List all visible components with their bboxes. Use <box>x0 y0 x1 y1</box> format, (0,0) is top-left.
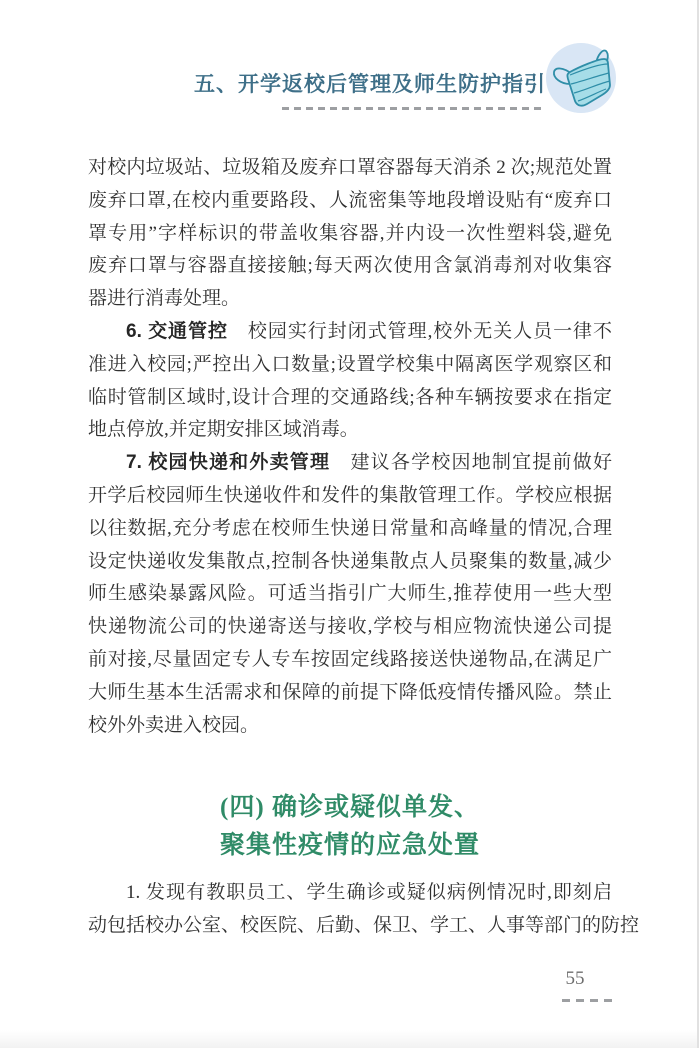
page-number: 55 <box>540 968 610 990</box>
text-line: 大师生基本生活需求和保障的前提下降低疫情传播风险。禁止 <box>88 677 612 710</box>
text-line: 地点停放,并定期安排区域消毒。 <box>88 414 612 447</box>
section-heading: (四) 确诊或疑似单发、 聚集性疫情的应急处置 <box>88 789 612 865</box>
text-line: 对校内垃圾站、垃圾箱及废弃口罩容器每天消杀 2 次;规范处置 <box>88 152 612 185</box>
text-line: 以往数据,充分考虑在校师生快递日常量和高峰量的情况,合理 <box>88 513 612 546</box>
section-heading-line2: 聚集性疫情的应急处置 <box>88 827 612 865</box>
header-dashed-divider <box>282 107 546 110</box>
run-in-heading: 7. 校园快递和外卖管理 <box>126 452 330 473</box>
text-line: 1. 发现有教职员工、学生确诊或疑似病例情况时,即刻启 <box>88 877 612 910</box>
text-line: 临时管制区域时,设计合理的交通路线;各种车辆按要求在指定 <box>88 382 612 415</box>
face-mask-icon <box>545 42 617 114</box>
text-line: 动包括校办公室、校医院、后勤、保卫、学工、人事等部门的防控 <box>88 910 612 943</box>
text-line: 器进行消毒处理。 <box>88 283 612 316</box>
text-line: 准进入校园;严控出入口数量;设置学校集中隔离医学观察区和 <box>88 349 612 382</box>
text-line: 6. 交通管控 校园实行封闭式管理,校外无关人员一律不 <box>88 316 612 349</box>
text-line: 开学后校园师生快递收件和发件的集散管理工作。学校应根据 <box>88 480 612 513</box>
running-header: 五、开学返校后管理及师生防护指引 <box>194 68 546 110</box>
run-in-heading: 6. 交通管控 <box>126 321 228 342</box>
text-line: 快递物流公司的快递寄送与接收,学校与相应物流快递公司提 <box>88 611 612 644</box>
text-line: 前对接,尽量固定专人专车按固定线路接送快递物品,在满足广 <box>88 644 612 677</box>
scan-edge-line <box>697 0 699 1048</box>
text-line: 废弃口罩与容器直接接触;每天两次使用含氯消毒剂对收集容 <box>88 250 612 283</box>
document-page: 五、开学返校后管理及师生防护指引 对校内垃圾站、垃圾箱及废弃口罩容器每天消杀 2… <box>0 0 700 1048</box>
running-header-title: 五、开学返校后管理及师生防护指引 <box>194 68 546 98</box>
text-line: 罩专用”字样标识的带盖收集容器,并内设一次性塑料袋,避免 <box>88 218 612 251</box>
body-text: 对校内垃圾站、垃圾箱及废弃口罩容器每天消杀 2 次;规范处置废弃口罩,在校内重要… <box>88 152 612 742</box>
text-line: 废弃口罩,在校内重要路段、人流密集等地段增设贴有“废弃口 <box>88 185 612 218</box>
page-number-dashed-divider <box>562 999 614 1002</box>
scan-bottom-shade <box>0 1030 697 1048</box>
closing-paragraph: 1. 发现有教职员工、学生确诊或疑似病例情况时,即刻启动包括校办公室、校医院、后… <box>88 877 612 943</box>
text-line: 设定快递收发集散点,控制各快递集散点人员聚集的数量,减少 <box>88 546 612 579</box>
section-heading-line1: (四) 确诊或疑似单发、 <box>88 789 612 827</box>
text-line: 7. 校园快递和外卖管理 建议各学校因地制宜提前做好 <box>88 447 612 480</box>
text-line: 校外外卖进入校园。 <box>88 710 612 743</box>
text-line: 师生感染暴露风险。可适当指引广大师生,推荐使用一些大型 <box>88 578 612 611</box>
